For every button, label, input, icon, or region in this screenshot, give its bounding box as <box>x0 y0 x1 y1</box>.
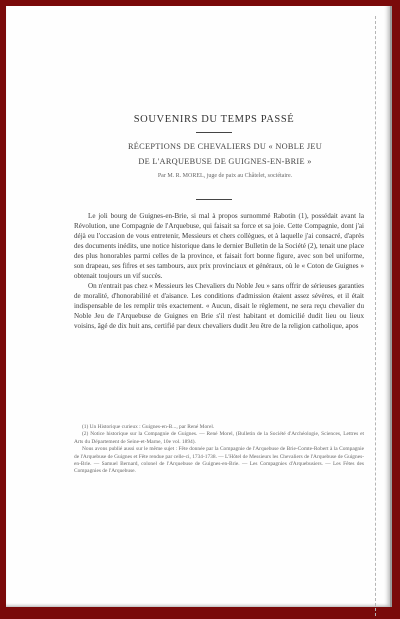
page-title: SOUVENIRS DU TEMPS PASSÉ <box>114 114 314 125</box>
author-byline: Par M. R. MOREL, juge de paix au Châtele… <box>84 173 366 179</box>
footnote: Nous avons publié aussi sur le même suje… <box>74 446 364 476</box>
scanned-page: SOUVENIRS DU TEMPS PASSÉ RÉCEPTIONS DE C… <box>6 6 392 607</box>
footnote: (2) Notice historique sur la Compagnie d… <box>74 431 364 446</box>
title-divider <box>196 132 232 133</box>
article-subtitle-line2: DE L'ARQUEBUSE DE GUIGNES-EN-BRIE » <box>84 157 366 166</box>
byline-divider <box>196 199 232 200</box>
paragraph: On n'entrait pas chez « Messieurs les Ch… <box>74 281 364 331</box>
footnotes: (1) Un Historique curieux : Guignes-en-B… <box>74 424 364 476</box>
article-body: Le joli bourg de Guignes-en-Brie, si mal… <box>74 211 364 331</box>
paragraph: Le joli bourg de Guignes-en-Brie, si mal… <box>74 211 364 281</box>
page-edge <box>375 16 384 616</box>
article-subtitle-line1: RÉCEPTIONS DE CHEVALIERS DU « NOBLE JEU <box>84 142 366 151</box>
